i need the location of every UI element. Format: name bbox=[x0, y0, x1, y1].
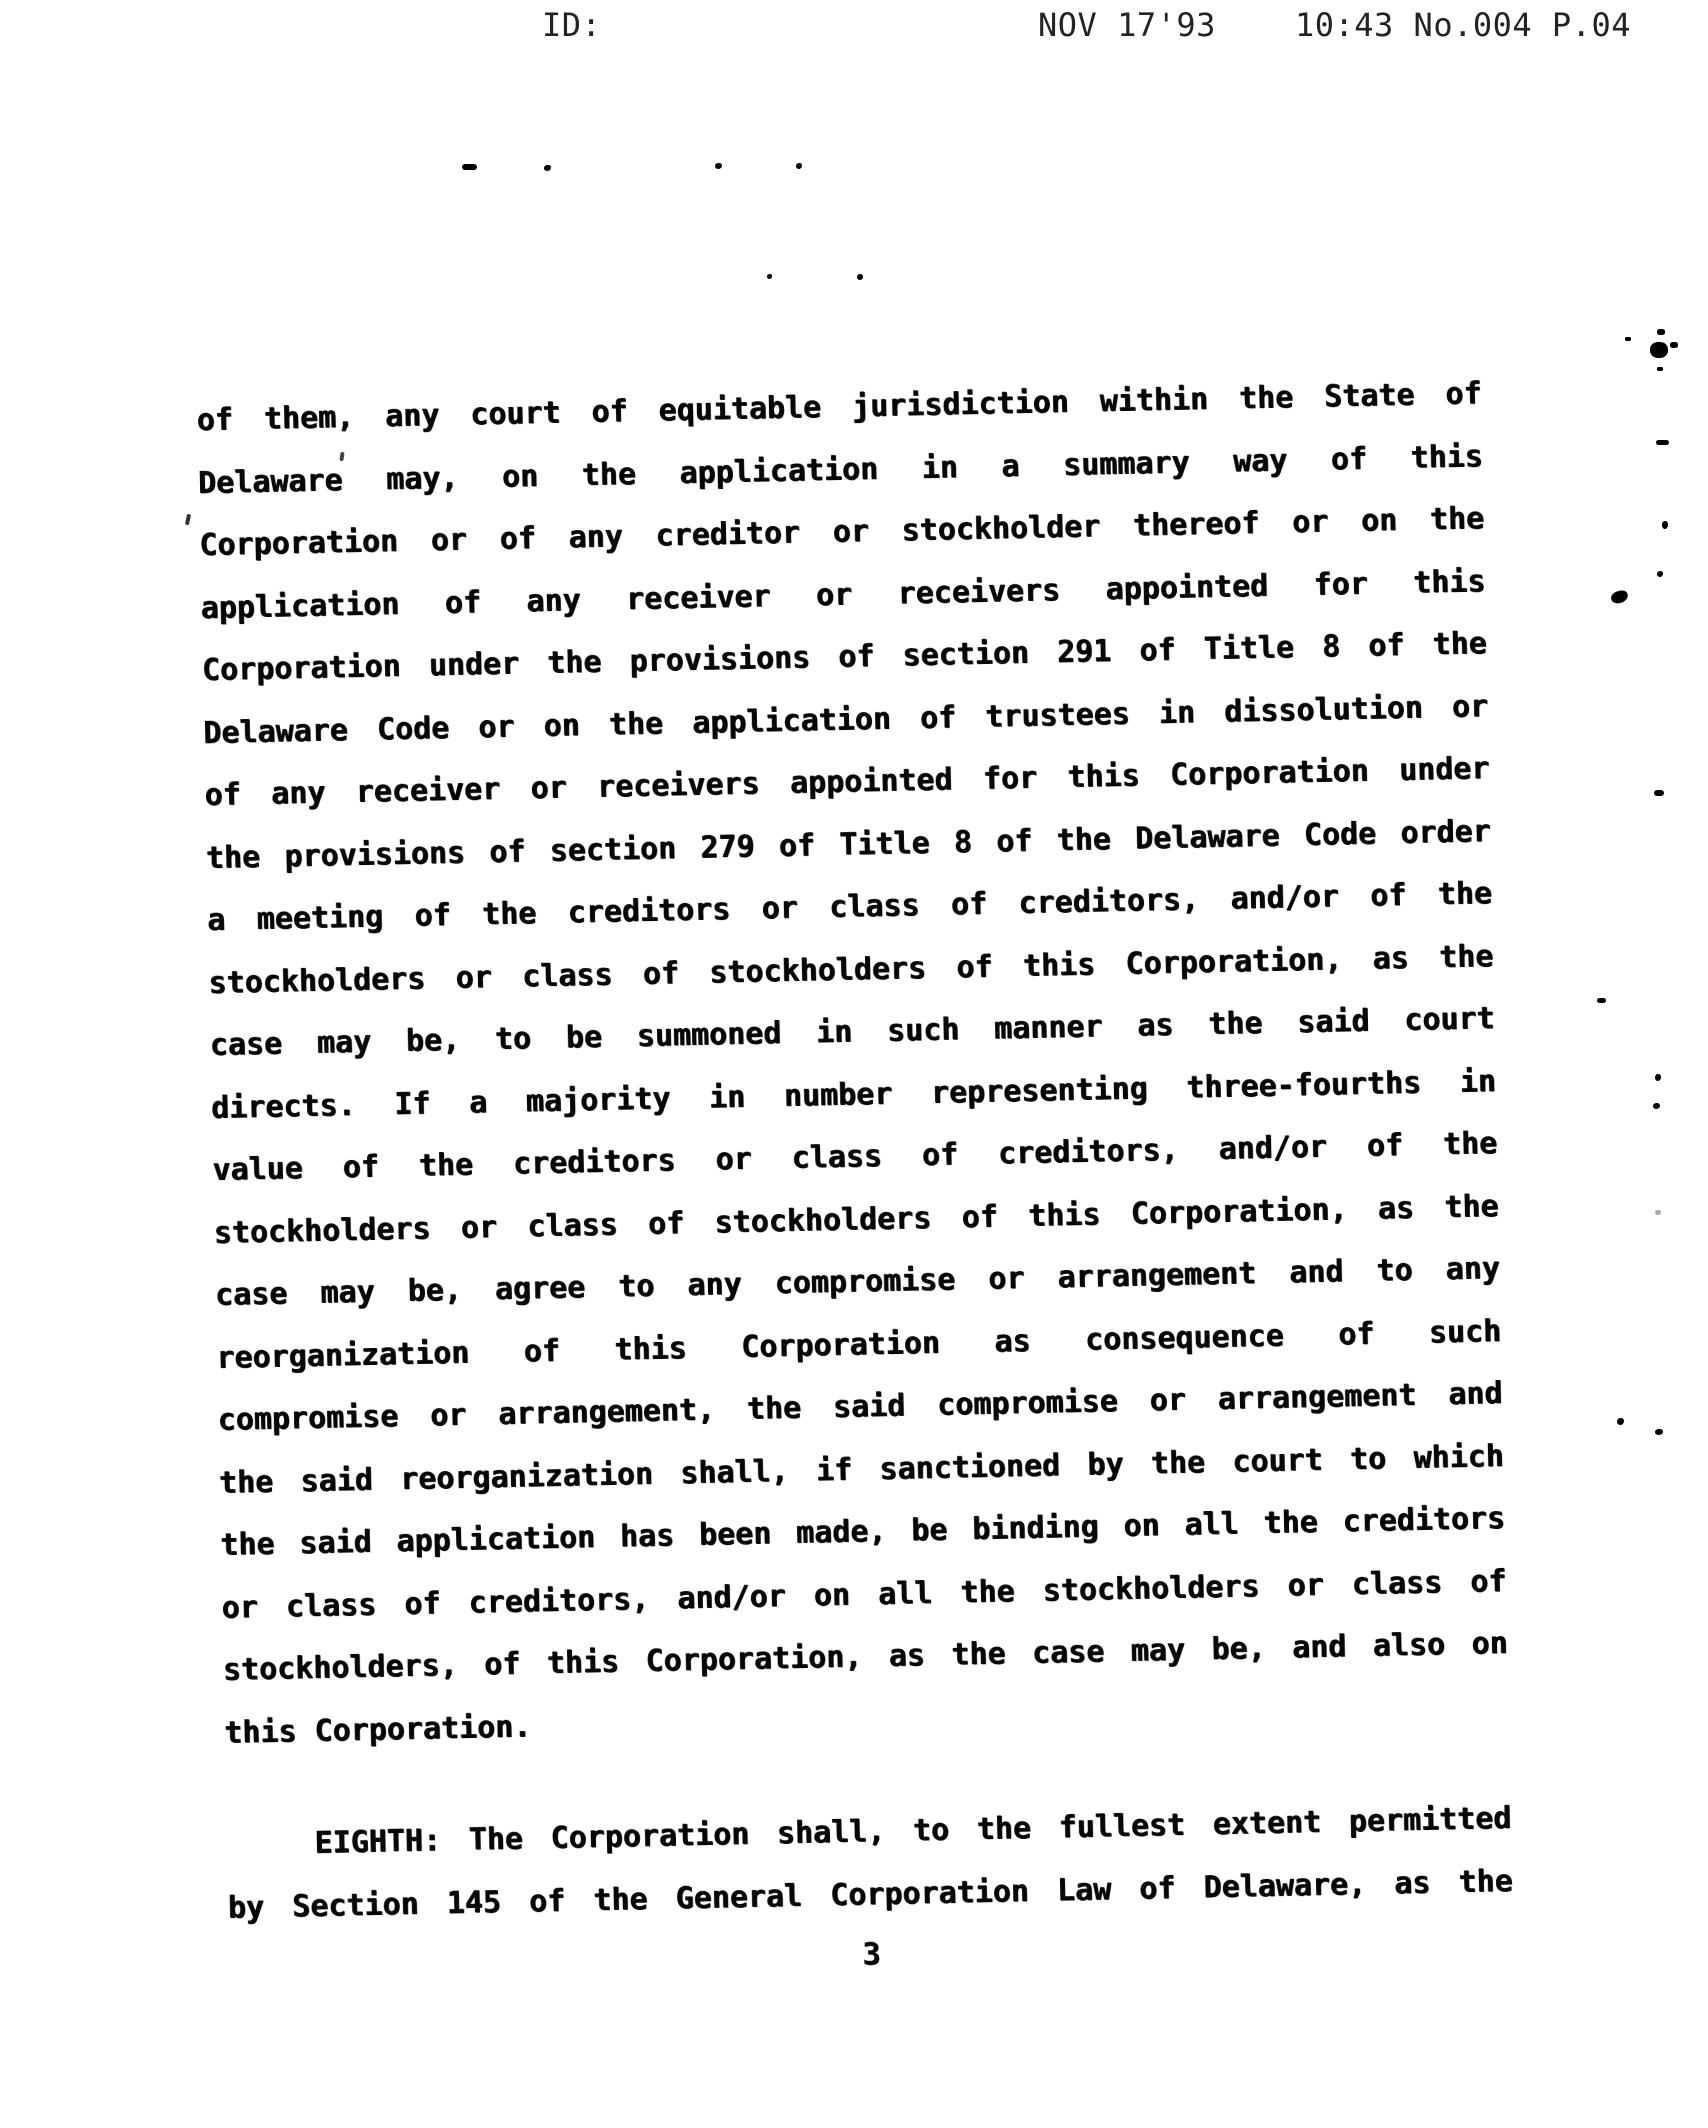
fax-timestamp: NOV 17'93 10:43 No.004 P.04 bbox=[1038, 2, 1631, 48]
scan-speck bbox=[796, 163, 802, 169]
scan-speck bbox=[1657, 571, 1663, 577]
scan-speck bbox=[462, 164, 477, 170]
document-body: of them, any court of equitable jurisdic… bbox=[196, 363, 1516, 2090]
scan-speck bbox=[715, 163, 722, 169]
fax-header: ID: NOV 17'93 10:43 No.004 P.04 bbox=[0, 0, 1708, 56]
scan-speck bbox=[1662, 521, 1668, 529]
fax-document-page: ID: NOV 17'93 10:43 No.004 P.04 of them,… bbox=[0, 0, 1708, 2128]
scan-speck bbox=[1654, 790, 1664, 796]
scan-speck bbox=[1655, 1429, 1663, 1435]
scan-speck bbox=[1653, 1103, 1660, 1109]
scan-speck bbox=[1597, 998, 1606, 1003]
scan-speck bbox=[1655, 1074, 1661, 1081]
scan-speck bbox=[544, 165, 551, 171]
scan-speck bbox=[1617, 1418, 1624, 1425]
scan-speck bbox=[1655, 1210, 1661, 1215]
scan-speck bbox=[767, 274, 772, 279]
ink-blot bbox=[1650, 342, 1668, 358]
ink-blot bbox=[1610, 589, 1630, 605]
scan-speck bbox=[185, 514, 191, 526]
scan-speck bbox=[857, 274, 863, 280]
scan-speck bbox=[1656, 440, 1669, 445]
fax-id-label: ID: bbox=[542, 2, 601, 48]
